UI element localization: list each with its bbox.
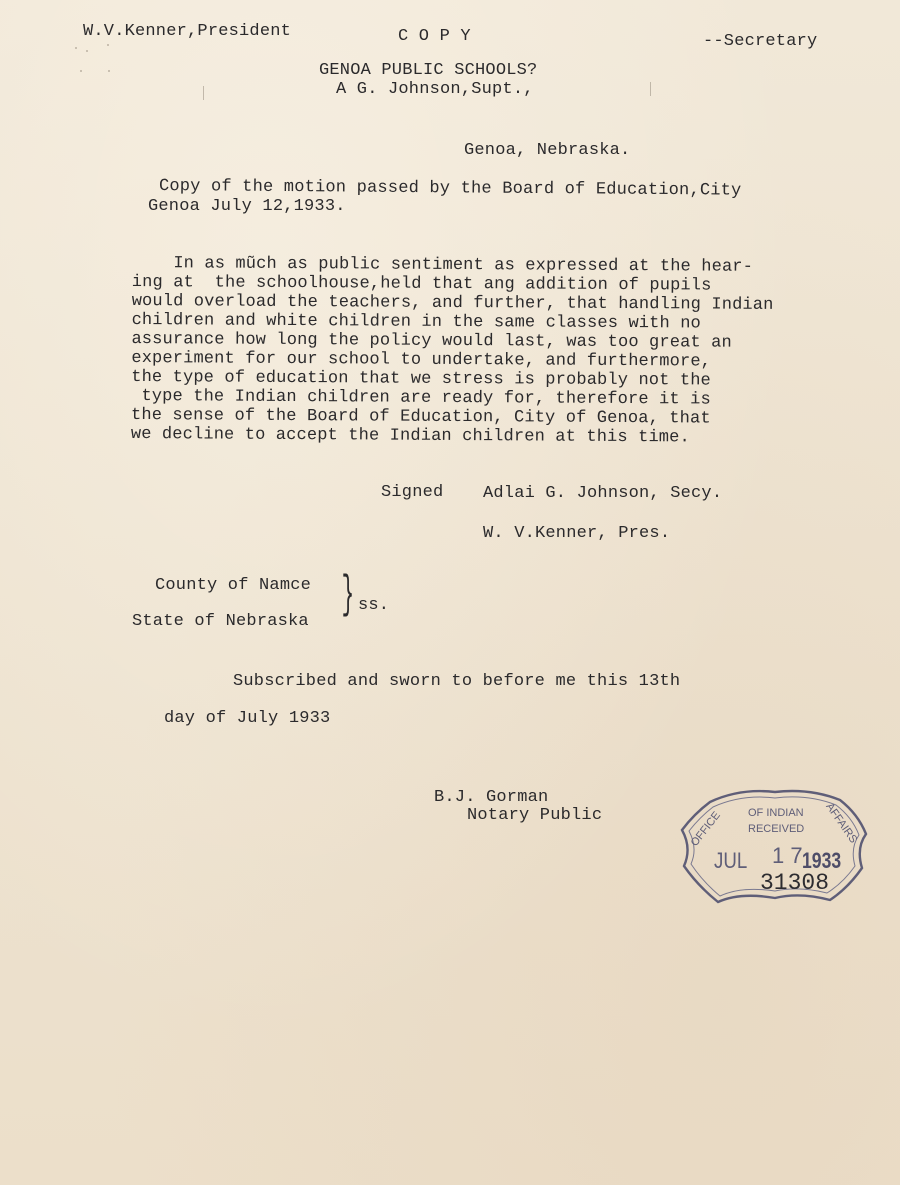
secretary-signature: Adlai G. Johnson, Secy. [483,485,722,502]
motion-line: we decline to accept the Indian children… [131,425,773,448]
paper-speck [107,44,109,46]
paper-speck [75,47,77,49]
jurat-line-2: day of July 1933 [164,710,330,727]
jurat-line-1: Subscribed and sworn to before me this 1… [233,673,680,690]
received-stamp: OFFICE OF INDIAN AFFAIRS RECEIVED JUL 1 … [680,784,870,909]
venue-brace: } [342,572,354,618]
motion-text: In as mũch as public sentiment as expres… [131,254,774,448]
notary-name: B.J. Gorman [434,789,548,806]
location-line: Genoa, Nebraska. [464,142,630,159]
county-line: County of Namce [155,577,311,594]
secretary-heading: --Secretary [703,33,817,50]
institution-name: GENOA PUBLIC SCHOOLS? [319,62,537,79]
stamp-line-1: OF INDIAN [748,808,804,819]
copy-label: C O P Y [398,28,471,45]
staple-mark [650,82,654,96]
paper-speck [108,70,110,72]
stamp-line-2: RECEIVED [748,824,804,835]
stamp-date-day: 1 7 [772,845,803,867]
paper-speck [86,50,88,52]
staple-mark [203,86,207,100]
stamp-date-month: JUL [714,850,747,872]
stamp-number: 31308 [760,872,829,895]
intro-line-2: Genoa July 12,1933. [148,198,346,215]
signed-label: Signed [381,484,443,501]
ss-label: ss. [358,597,389,614]
superintendent-name: A G. Johnson,Supt., [336,81,534,98]
president-signature: W. V.Kenner, Pres. [483,525,670,542]
paper-speck [80,70,82,72]
stamp-date-year: 1933 [802,850,841,872]
president-heading: W.V.Kenner,President [83,23,291,40]
notary-title: Notary Public [467,807,602,824]
state-line: State of Nebraska [132,613,309,630]
